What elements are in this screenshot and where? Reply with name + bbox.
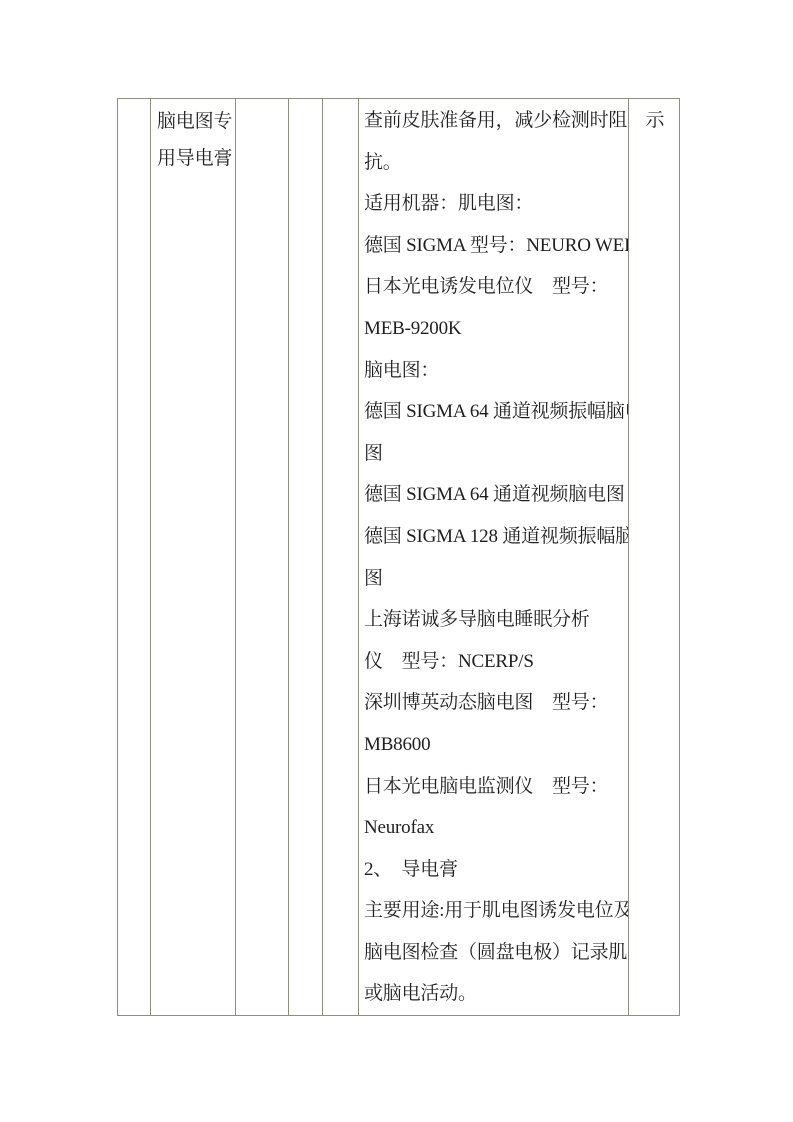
- note-text: 示: [629, 99, 681, 142]
- text-line: 德国 SIGMA 128 通道视频振幅脑电: [364, 516, 628, 558]
- text-line: 适用机器：肌电图：: [364, 183, 628, 225]
- item-name-text: 脑电图专用导电膏: [151, 99, 235, 177]
- text-line: 抗。: [364, 142, 628, 184]
- text-line: 用导电膏: [157, 140, 235, 177]
- text-line: 上海诺诚多导脑电睡眠分析: [364, 599, 628, 641]
- text-line: 图: [364, 433, 628, 475]
- text-line: 德国 SIGMA 64 通道视频振幅脑电: [364, 391, 628, 433]
- document-page: 脑电图专用导电膏 查前皮肤准备用，减少检测时阻抗。适用机器：肌电图：德国 SIG…: [0, 0, 793, 1122]
- text-line: 2、 导电膏: [364, 849, 628, 891]
- text-line: 德国 SIGMA 型号：NEURO WERK；: [364, 225, 628, 267]
- text-line: 脑电图专: [157, 103, 235, 140]
- text-line: 日本光电脑电监测仪 型号：: [364, 766, 628, 808]
- text-line: 查前皮肤准备用，减少检测时阻: [364, 100, 628, 142]
- text-line: 德国 SIGMA 64 通道视频脑电图: [364, 474, 628, 516]
- text-line: 仪 型号：NCERP/S: [364, 641, 628, 683]
- equipment-table: 脑电图专用导电膏 查前皮肤准备用，减少检测时阻抗。适用机器：肌电图：德国 SIG…: [117, 98, 680, 1016]
- text-line: MEB-9200K: [364, 308, 628, 350]
- table-cell-description: 查前皮肤准备用，减少检测时阻抗。适用机器：肌电图：德国 SIGMA 型号：NEU…: [359, 99, 629, 1015]
- text-line: 深圳博英动态脑电图 型号：: [364, 682, 628, 724]
- table-cell-note: 示: [629, 99, 681, 1015]
- text-line: 图: [364, 558, 628, 600]
- text-line: 日本光电诱发电位仪 型号：: [364, 266, 628, 308]
- table-cell-index-empty: [118, 99, 151, 1015]
- text-line: 主要用途:用于肌电图诱发电位及: [364, 890, 628, 932]
- table-cell-item-name: 脑电图专用导电膏: [151, 99, 236, 1015]
- text-line: Neurofax: [364, 807, 628, 849]
- text-line: 脑电图：: [364, 350, 628, 392]
- table-cell-empty-3: [323, 99, 359, 1015]
- text-line: 脑电图检查（圆盘电极）记录肌电: [364, 932, 628, 974]
- table-cell-empty-1: [236, 99, 289, 1015]
- text-line: 或脑电活动。: [364, 973, 628, 1015]
- description-text: 查前皮肤准备用，减少检测时阻抗。适用机器：肌电图：德国 SIGMA 型号：NEU…: [359, 99, 628, 1015]
- table-cell-empty-2: [289, 99, 323, 1015]
- text-line: MB8600: [364, 724, 628, 766]
